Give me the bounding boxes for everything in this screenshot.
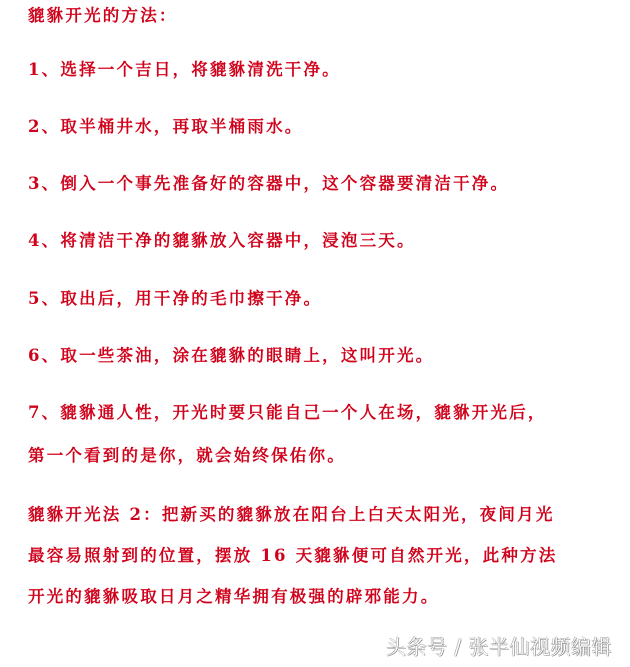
step-2: 2、取半桶井水，再取半桶雨水。 <box>28 117 303 137</box>
step-6: 6、取一些茶油，涂在貔貅的眼睛上，这叫开光。 <box>28 346 434 366</box>
step-5: 5、取出后，用干净的毛巾擦干净。 <box>28 289 322 309</box>
step-7-line-2: 第一个看到的是你，就会始终保佑你。 <box>28 446 346 466</box>
watermark: 头条号 / 张半仙视频编辑 <box>386 631 612 660</box>
step-4: 4、将清洁干净的貔貅放入容器中，浸泡三天。 <box>28 231 416 251</box>
step-1: 1、选择一个吉日，将貔貅清洗干净。 <box>28 60 341 80</box>
step-7-line-1: 7、貔貅通人性，开光时要只能自己一个人在场，貔貅开光后， <box>28 403 547 423</box>
document-title: 貔貅开光的方法： <box>28 6 178 26</box>
document-page: 貔貅开光的方法： 1、选择一个吉日，将貔貅清洗干净。 2、取半桶井水，再取半桶雨… <box>0 0 630 667</box>
step-3: 3、倒入一个事先准备好的容器中，这个容器要清洁干净。 <box>28 174 509 194</box>
method2-line-3: 开光的貔貅吸取日月之精华拥有极强的辟邪能力。 <box>28 587 439 607</box>
method2-line-1: 貔貅开光法 2：把新买的貔貅放在阳台上白天太阳光，夜间月光 <box>28 505 555 525</box>
method2-line-2: 最容易照射到的位置，摆放 16 天貔貅便可自然开光，此种方法 <box>28 546 557 566</box>
